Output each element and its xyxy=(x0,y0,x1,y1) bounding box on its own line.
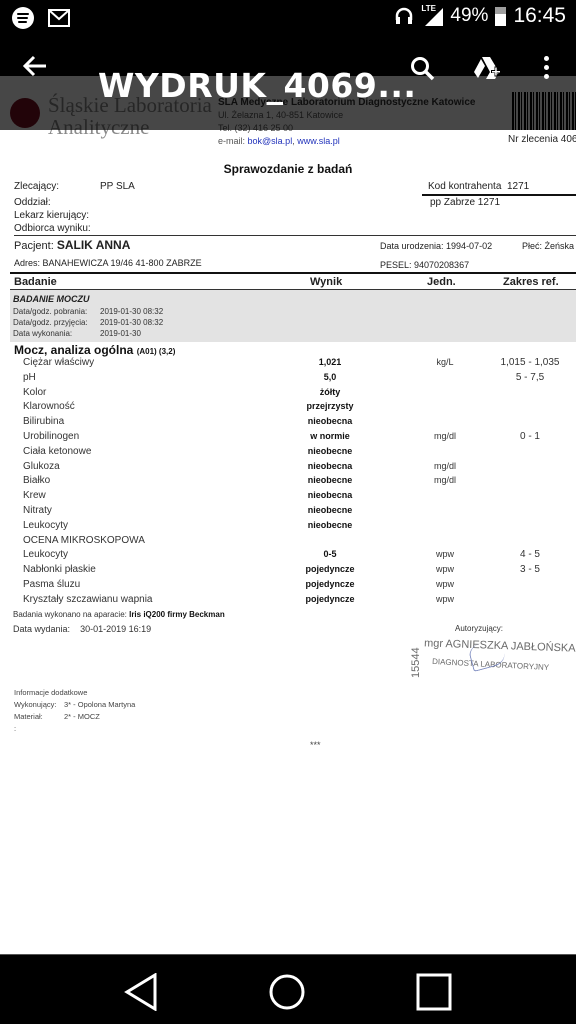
table-row: OCENA MIKROSKOPOWA xyxy=(0,535,576,550)
table-row: Kryształy szczawianu wapniapojedynczewpw xyxy=(0,594,576,609)
order-number: Nr zlecenia 406 xyxy=(508,134,576,145)
clock: 16:45 xyxy=(513,4,566,28)
cell-name: Leukocyty xyxy=(23,520,68,531)
header-result: Wynik xyxy=(310,276,342,288)
table-row: pH5,05 - 7,5 xyxy=(0,372,576,387)
cell-value: nieobecne xyxy=(290,446,370,456)
cell-name: Bilirubina xyxy=(23,416,64,427)
divider xyxy=(14,235,576,236)
cell-ref: 4 - 5 xyxy=(490,549,570,560)
cell-unit: mg/dl xyxy=(420,461,470,471)
cell-value: nieobecna xyxy=(290,416,370,426)
email-link[interactable]: bok@sla.pl xyxy=(248,136,293,146)
sex: Płeć: Żeńska xyxy=(522,241,574,251)
device-info: Badania wykonano na aparacie: Iris iQ200… xyxy=(13,610,225,619)
navigation-bar xyxy=(0,954,576,1024)
cell-value: pojedyncze xyxy=(290,579,370,589)
cell-ref: 1,015 - 1,035 xyxy=(490,357,570,368)
table-row: Krewnieobecna xyxy=(0,490,576,505)
cell-name: Pasma śluzu xyxy=(23,579,80,590)
performer: Wykonujący:3* - Opolona Martyna xyxy=(14,700,135,709)
header-test: Badanie xyxy=(14,276,57,288)
document-page[interactable]: Śląskie Laboratoria Analityczne SLA Medy… xyxy=(0,36,576,954)
cell-unit: wpw xyxy=(420,594,470,604)
department-label: Oddział: xyxy=(14,197,51,208)
issue-date: Data wydania: 30-01-2019 16:19 xyxy=(13,624,151,634)
cell-unit: kg/L xyxy=(420,357,470,367)
divider xyxy=(422,194,576,196)
execution-date: Data wykonania:2019-01-30 xyxy=(13,329,72,338)
cell-name: Krew xyxy=(23,490,46,501)
birth-date: Data urodzenia: 1994-07-02 xyxy=(380,241,492,251)
recents-square-icon[interactable] xyxy=(416,973,452,1016)
authorization-stamp: 15544 mgr AGNIESZKA JABŁOŃSKA DIAGNOSTA … xyxy=(412,636,572,686)
material: Materiał:2* - MOCZ xyxy=(14,712,100,721)
end-mark: *** xyxy=(310,740,321,750)
cell-name: Nabłonki płaskie xyxy=(23,564,96,575)
cell-unit: wpw xyxy=(420,564,470,574)
cell-value: żółty xyxy=(290,387,370,397)
spotify-icon xyxy=(12,7,34,29)
cell-value: 5,0 xyxy=(290,372,370,382)
ordering-value: PP SLA xyxy=(100,181,135,192)
section-band xyxy=(10,290,576,342)
more-vert-icon[interactable] xyxy=(540,56,552,82)
ordering-label: Zlecający: xyxy=(14,181,59,192)
battery-icon xyxy=(495,7,506,26)
cell-ref: 3 - 5 xyxy=(490,564,570,575)
info-title: Informacje dodatkowe xyxy=(14,688,87,697)
table-row: Kolorżółty xyxy=(0,387,576,402)
recipient-label: Odbiorca wyniku: xyxy=(14,223,91,234)
back-triangle-icon[interactable] xyxy=(124,973,158,1016)
pesel: PESEL: 94070208367 xyxy=(380,260,469,270)
cell-name: Glukoza xyxy=(23,461,60,472)
cell-name: Nitraty xyxy=(23,505,52,516)
cell-unit: wpw xyxy=(420,549,470,559)
cell-value: nieobecna xyxy=(290,490,370,500)
authorizing-label: Autoryzujący: xyxy=(455,624,503,633)
search-icon[interactable] xyxy=(410,56,434,80)
group-title: Mocz, analiza ogólna (A01) (3,2) xyxy=(14,343,175,357)
cell-ref: 5 - 7,5 xyxy=(490,372,570,383)
back-arrow-icon[interactable] xyxy=(22,54,48,84)
table-row: Nabłonki płaskiepojedynczewpw3 - 5 xyxy=(0,564,576,579)
cell-name: OCENA MIKROSKOPOWA xyxy=(23,535,145,546)
gmail-icon xyxy=(48,9,70,27)
contractor-name: pp Zabrze 1271 xyxy=(430,197,500,208)
app-bar: WYDRUK_4069... xyxy=(0,36,576,130)
cell-name: Urobilinogen xyxy=(23,431,79,442)
table-row: Leukocytynieobecne xyxy=(0,520,576,535)
referring-doctor-label: Lekarz kierujący: xyxy=(14,210,89,221)
table-row: Pasma śluzupojedynczewpw xyxy=(0,579,576,594)
cell-name: Białko xyxy=(23,475,50,486)
table-row: Bilirubinanieobecna xyxy=(0,416,576,431)
cell-name: Klarowność xyxy=(23,401,75,412)
cell-value: nieobecna xyxy=(290,461,370,471)
cell-unit: mg/dl xyxy=(420,475,470,485)
cell-unit: wpw xyxy=(420,579,470,589)
status-bar: LTE 49% 16:45 xyxy=(0,0,576,36)
cell-name: Kryształy szczawianu wapnia xyxy=(23,594,153,605)
cell-ref: 0 - 1 xyxy=(490,431,570,442)
cell-name: Leukocyty xyxy=(23,549,68,560)
table-row: Ciężar właściwy1,021kg/L1,015 - 1,035 xyxy=(0,357,576,372)
home-circle-icon[interactable] xyxy=(268,973,306,1016)
cell-value: 0-5 xyxy=(290,549,370,559)
reception-date: Data/godz. przyjęcia:2019-01-30 08:32 xyxy=(13,318,88,327)
cell-value: nieobecne xyxy=(290,505,370,515)
patient: Pacjent: SALIK ANNA xyxy=(14,238,130,252)
section-title: BADANIE MOCZU xyxy=(13,294,90,304)
battery-percent: 49% xyxy=(450,5,488,27)
patient-address: Adres: BANAHEWICZA 19/46 41-800 ZABRZE xyxy=(14,258,202,268)
cell-name: Kolor xyxy=(23,387,46,398)
report-title: Sprawozdanie z badań xyxy=(0,162,576,176)
cell-name: Ciężar właściwy xyxy=(23,357,94,368)
table-row: Klarownośćprzejrzysty xyxy=(0,401,576,416)
cell-name: Ciała ketonowe xyxy=(23,446,91,457)
cell-value: nieobecne xyxy=(290,475,370,485)
cell-value: przejrzysty xyxy=(290,401,370,411)
cell-value: pojedyncze xyxy=(290,564,370,574)
info-colon: : xyxy=(14,724,16,733)
table-row: Nitratynieobecne xyxy=(0,505,576,520)
cell-value: w normie xyxy=(290,431,370,441)
table-row: Glukozanieobecnamg/dl xyxy=(0,461,576,476)
contractor-code: Kod kontrahenta 1271 xyxy=(428,181,529,192)
collection-date: Data/godz. pobrania:2019-01-30 08:32 xyxy=(13,307,87,316)
table-row: Leukocyty0-5wpw4 - 5 xyxy=(0,549,576,564)
table-row: Urobilinogenw normiemg/dl0 - 1 xyxy=(0,431,576,446)
cell-unit: mg/dl xyxy=(420,431,470,441)
website-link[interactable]: www.sla.pl xyxy=(297,136,340,146)
table-row: Białkonieobecnemg/dl xyxy=(0,475,576,490)
header-reference: Zakres ref. xyxy=(503,276,559,288)
cell-value: 1,021 xyxy=(290,357,370,367)
drive-add-icon[interactable] xyxy=(472,56,502,82)
cell-value: pojedyncze xyxy=(290,594,370,604)
headphones-icon xyxy=(394,6,414,26)
cell-name: pH xyxy=(23,372,36,383)
cell-value: nieobecne xyxy=(290,520,370,530)
lte-signal-icon: LTE xyxy=(421,6,443,26)
table-row: Ciała ketonowenieobecne xyxy=(0,446,576,461)
header-unit: Jedn. xyxy=(427,276,456,288)
divider xyxy=(10,272,576,274)
document-title: WYDRUK_4069... xyxy=(98,66,416,105)
